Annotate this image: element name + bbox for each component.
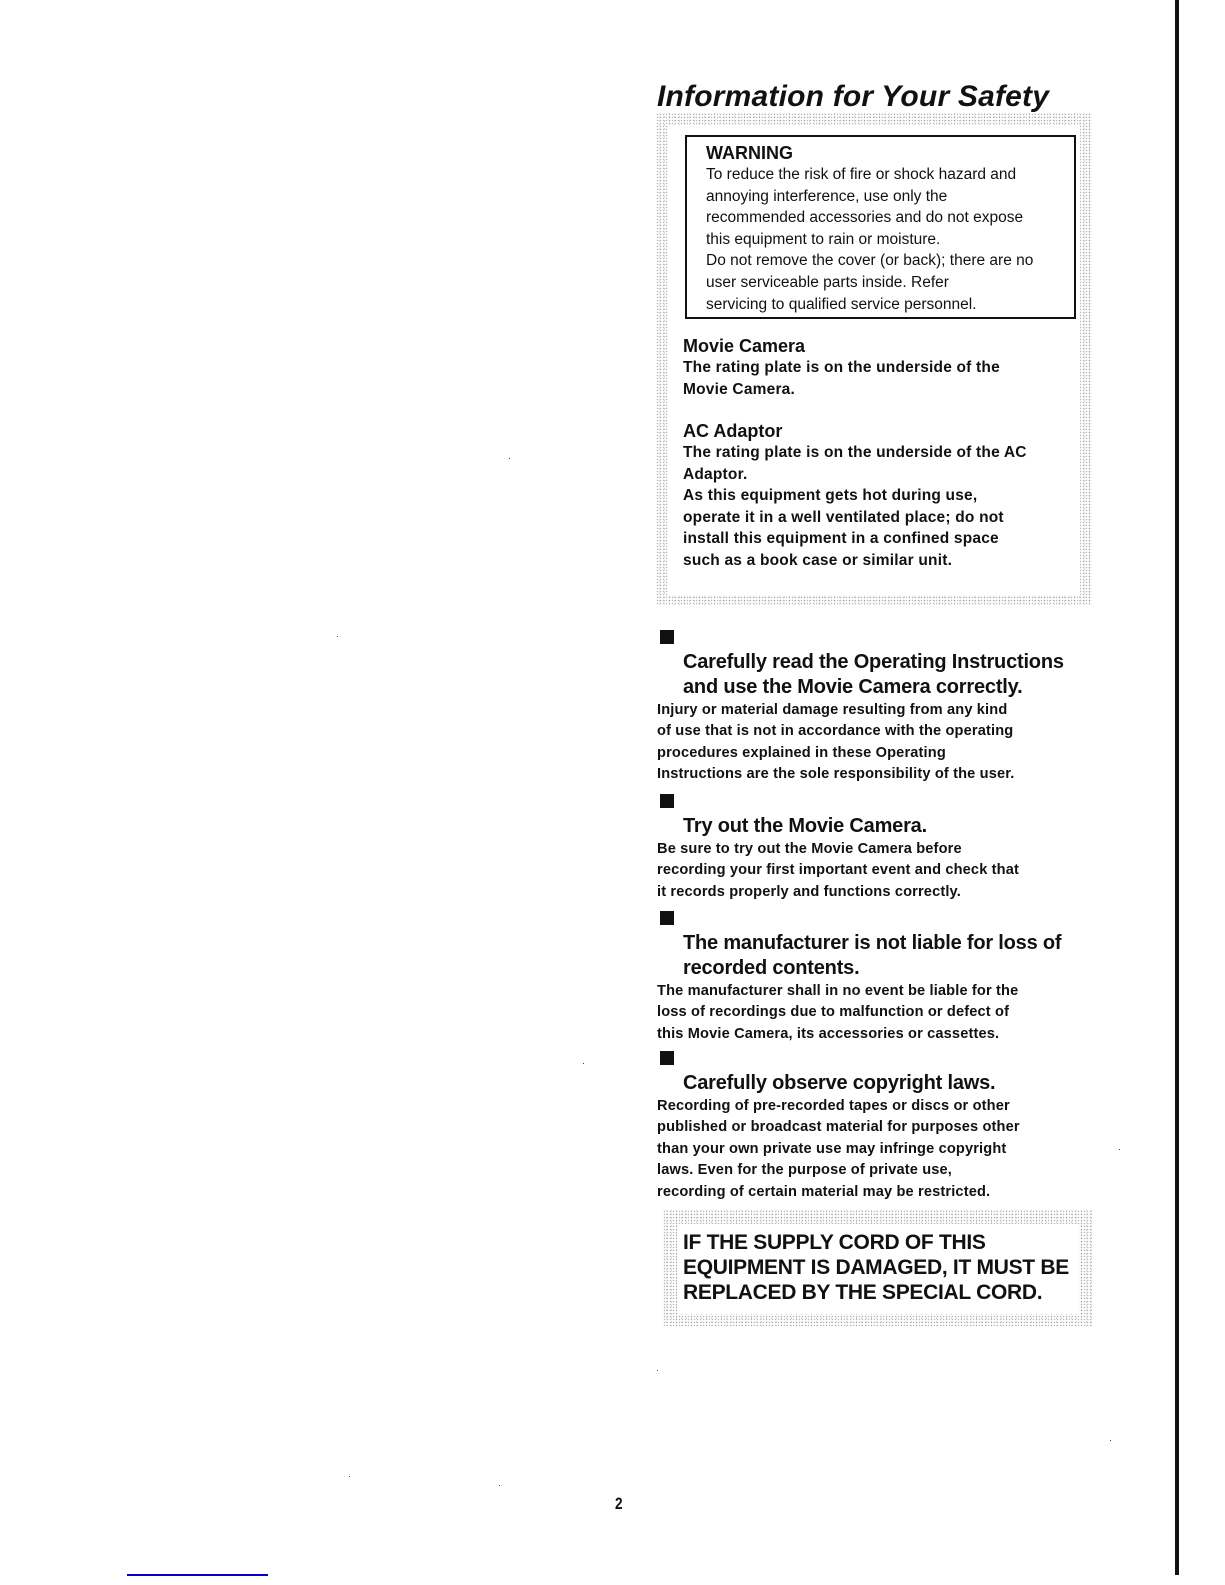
rating-body: The rating plate is on the underside of … [683,442,1027,572]
section-copyright: Carefully observe copyright laws. Record… [657,1046,1097,1203]
rating-plate-ac-adaptor: AC Adaptor The rating plate is on the un… [683,420,1027,572]
page-number: 2 [615,1494,623,1514]
bullet-square-icon [660,630,674,644]
bullet-square-icon [660,1051,674,1065]
page-title: Information for Your Safety [657,80,1049,114]
section-read-instructions: Carefully read the Operating Instruction… [657,625,1097,786]
scan-speck [349,1476,350,1477]
section-heading: Carefully observe copyright laws. [657,1046,1097,1096]
section-heading: Try out the Movie Camera. [657,789,1097,839]
warning-box: WARNING To reduce the risk of fire or sh… [685,135,1076,319]
section-body: Recording of pre-recorded tapes or discs… [657,1096,1097,1203]
section-heading-text: Try out the Movie Camera. [683,815,927,837]
section-body: The manufacturer shall in no event be li… [657,981,1097,1045]
section-body: Be sure to try out the Movie Camera befo… [657,839,1097,903]
bullet-square-icon [660,794,674,808]
safety-info-frame: WARNING To reduce the risk of fire or sh… [656,113,1092,605]
scan-speck [499,1485,500,1486]
rating-heading: Movie Camera [683,335,1000,357]
section-heading: Carefully read the Operating Instruction… [657,625,1097,700]
section-manufacturer-liability: The manufacturer is not liable for loss … [657,906,1097,1045]
bullet-square-icon [660,911,674,925]
scan-speck [583,1063,584,1064]
warning-body: To reduce the risk of fire or shock haza… [706,164,1074,315]
supply-cord-notice-frame: IF THE SUPPLY CORD OF THIS EQUIPMENT IS … [663,1210,1093,1326]
section-try-out: Try out the Movie Camera. Be sure to try… [657,789,1097,903]
blue-underline-rule [127,1574,268,1576]
section-heading-text: The manufacturer is not liable for loss … [683,932,1061,979]
scan-speck [509,458,510,459]
scan-speck [1119,1149,1120,1150]
scan-speck [657,1370,658,1371]
section-heading: The manufacturer is not liable for loss … [657,906,1097,981]
rating-plate-movie-camera: Movie Camera The rating plate is on the … [683,335,1000,400]
rating-body: The rating plate is on the underside of … [683,357,1000,400]
scan-speck [337,636,338,637]
section-heading-text: Carefully observe copyright laws. [683,1072,995,1094]
section-body: Injury or material damage resulting from… [657,700,1097,786]
scan-speck [1110,1440,1111,1441]
supply-cord-notice-text: IF THE SUPPLY CORD OF THIS EQUIPMENT IS … [683,1230,1069,1305]
page-edge-rule [1175,0,1179,1575]
warning-title: WARNING [706,142,1074,164]
section-heading-text: Carefully read the Operating Instruction… [683,651,1064,698]
rating-heading: AC Adaptor [683,420,1027,442]
